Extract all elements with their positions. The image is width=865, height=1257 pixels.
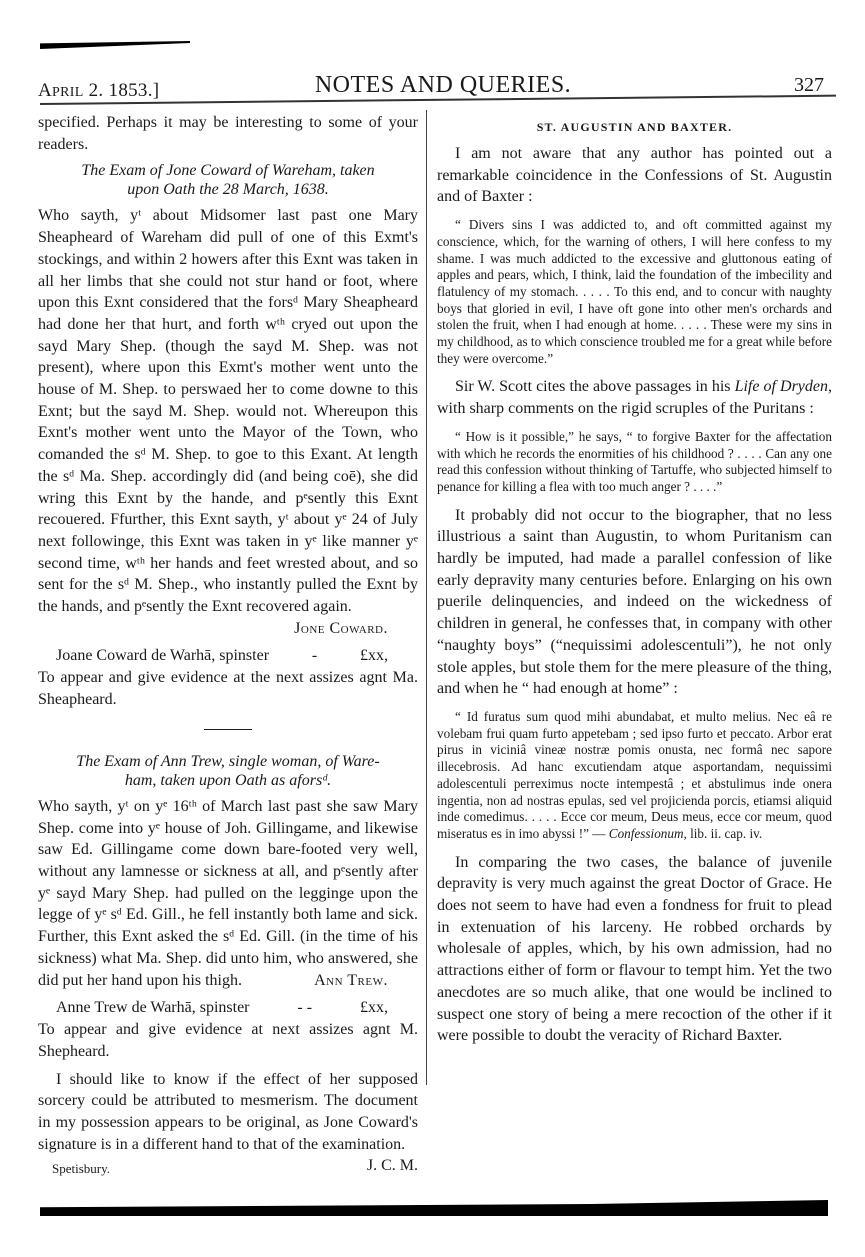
left-column: specified. Perhaps it may be interesting… [38, 112, 418, 1177]
exam1-heading-line1: The Exam of Jone Coward of Wareham, take… [48, 161, 408, 180]
bond2-amount: £xx, [360, 997, 388, 1019]
scott-quote: “ How is it possible,” he says, “ to for… [437, 429, 832, 496]
latin-quote-text: “ Id furatus sum quod mihi abundabat, et… [437, 709, 832, 841]
exam2-heading-line1: The Exam of Ann Trew, single woman, of W… [48, 752, 408, 771]
closing-text: I should like to know if the effect of h… [38, 1071, 418, 1153]
bottom-decorative-bar [40, 1200, 828, 1216]
bond2-terms: To appear and give evidence at next assi… [38, 1019, 418, 1062]
augustin-quote: “ Id furatus sum quod mihi abundabat, et… [437, 709, 832, 843]
para2-start: Sir W. Scott cites the above passages in… [455, 378, 735, 395]
exam1-body: Who sayth, yᵗ about Midsomer last past o… [38, 205, 418, 617]
article-para2: Sir W. Scott cites the above passages in… [437, 376, 832, 419]
bond1-amount: £xx, [360, 645, 388, 667]
article-title: ST. AUGUSTIN AND BAXTER. [437, 120, 832, 135]
para2-book-title: Life of Dryden [735, 378, 828, 395]
exam1-heading: The Exam of Jone Coward of Wareham, take… [48, 161, 408, 199]
right-column: ST. AUGUSTIN AND BAXTER. I am not aware … [437, 118, 832, 1047]
exam2-heading: The Exam of Ann Trew, single woman, of W… [48, 752, 408, 790]
bond2-text: Anne Trew de Warhā, spinster [56, 997, 250, 1019]
bond2: Anne Trew de Warhā, spinster - - £xx, [38, 997, 418, 1019]
top-decorative-bar [40, 41, 190, 49]
page-number: 327 [794, 74, 824, 97]
bond1-dashes: - [312, 645, 317, 667]
exam2-heading-line2: ham, taken upon Oath as aforsᵈ. [48, 771, 408, 790]
bond1-text: Joane Coward de Warhā, spinster [56, 645, 269, 667]
article-para4: In comparing the two cases, the balance … [437, 852, 832, 1047]
article-para1: I am not aware that any author has point… [437, 143, 832, 208]
article-para3: It probably did not occur to the biograp… [437, 505, 832, 700]
author-signature: J. C. M. [349, 1155, 418, 1177]
quote-source-title: Confessionum [609, 826, 684, 841]
exam1-signature: Jone Coward. [38, 618, 418, 640]
bond1-terms: To appear and give evidence at the next … [38, 667, 418, 710]
exam2-body: Who sayth, yᵗ on yᵉ 16ᵗʰ of March last p… [38, 796, 418, 991]
bond1: Joane Coward de Warhā, spinster - £xx, [38, 645, 418, 667]
column-divider [426, 110, 427, 1085]
baxter-quote: “ Divers sins I was addicted to, and oft… [437, 217, 832, 367]
section-divider [204, 729, 252, 730]
intro-paragraph: specified. Perhaps it may be interesting… [38, 112, 418, 155]
exam1-heading-line2: upon Oath the 28 March, 1638. [48, 180, 408, 199]
closing-paragraph: I should like to know if the effect of h… [38, 1069, 418, 1156]
quote-source-ref: , lib. ii. cap. iv. [684, 826, 763, 841]
bond2-dashes: - - [297, 997, 312, 1019]
